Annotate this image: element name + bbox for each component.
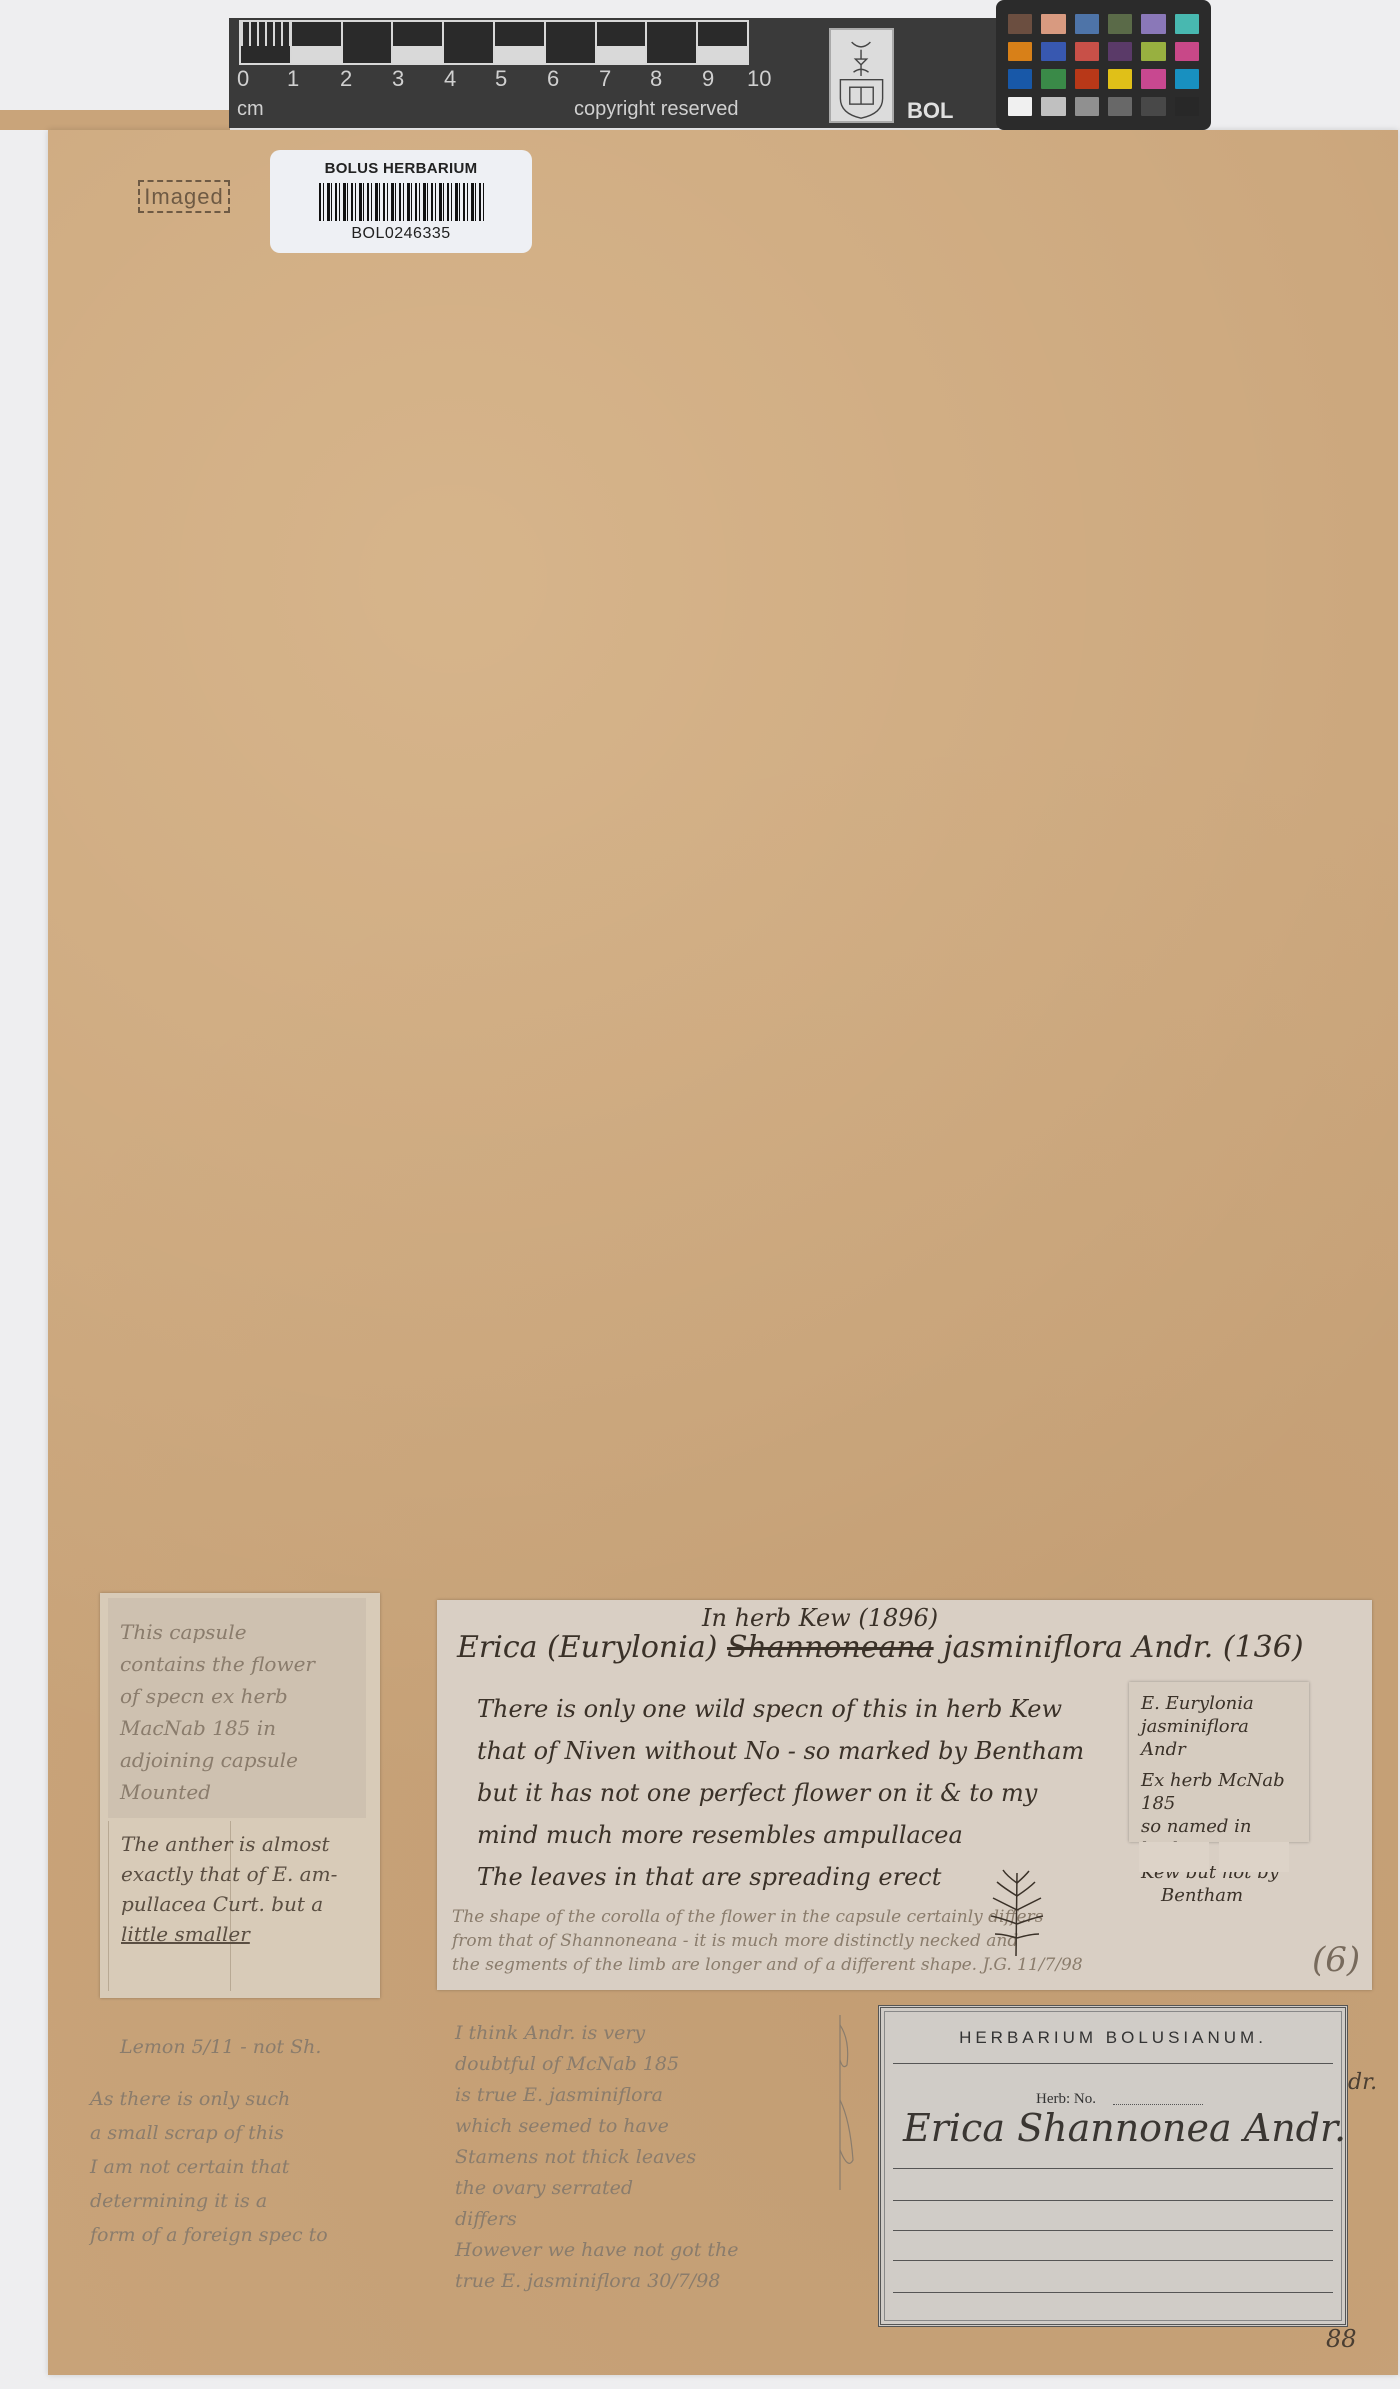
pencil-line: differs	[455, 2204, 835, 2235]
color-calibration-chart	[996, 0, 1211, 130]
ruler-tick-label: 10	[747, 66, 771, 92]
pencil-line: The shape of the corolla of the flower i…	[452, 1905, 1352, 1929]
note-line: There is only one wild specn of this in …	[477, 1688, 1177, 1730]
leaf-sketch-icon	[989, 1868, 1044, 1958]
pencil-line: which seemed to have	[455, 2111, 835, 2142]
label-tab	[1219, 1842, 1289, 1872]
university-crest-icon	[829, 28, 894, 123]
label-rule	[893, 2230, 1333, 2231]
label-rule	[893, 2168, 1333, 2169]
ruler-tick-label: 6	[547, 66, 559, 92]
color-swatch	[1108, 69, 1132, 89]
color-swatch	[1175, 69, 1199, 89]
title-suffix: jasminiflora Andr. (136)	[943, 1630, 1303, 1665]
capsule-line: contains the flower	[120, 1648, 354, 1680]
pencil-line: true E. jasminiflora 30/7/98	[455, 2266, 835, 2297]
label-rule	[893, 2063, 1333, 2064]
label-line: jasminiflora Andr	[1141, 1715, 1297, 1761]
color-swatch	[1175, 14, 1199, 34]
herbarium-label-title: HERBARIUM BOLUSIANUM.	[881, 2028, 1345, 2048]
barcode-title: BOLUS HERBARIUM	[325, 160, 478, 177]
color-swatch	[1108, 97, 1132, 117]
note-line: that of Niven without No - so marked by …	[477, 1730, 1177, 1772]
color-swatch	[1008, 69, 1032, 89]
pencil-line: Stamens not thick leaves	[455, 2142, 835, 2173]
label-line: E. Eurylonia	[1141, 1692, 1297, 1715]
note-body: There is only one wild specn of this in …	[477, 1688, 1177, 1898]
label-rule	[893, 2292, 1333, 2293]
capsule-note-top: This capsule contains the flower of spec…	[108, 1598, 366, 1818]
specimen-id: BOL0246335	[351, 225, 450, 243]
herb-no-field	[1113, 2104, 1203, 2105]
color-swatch	[1008, 97, 1032, 117]
color-swatch	[1008, 14, 1032, 34]
color-swatch	[1075, 69, 1099, 89]
pencil-line: from that of Shannoneana - it is much mo…	[452, 1929, 1352, 1953]
pencil-line: determining it is a	[90, 2184, 470, 2218]
ruler-unit: cm	[237, 98, 264, 121]
color-swatch	[1075, 42, 1099, 62]
title-struck: Shannoneana	[727, 1630, 934, 1665]
color-swatch	[1175, 97, 1199, 117]
pencil-line: I am not certain that	[90, 2150, 470, 2184]
color-swatch	[1041, 42, 1065, 62]
color-swatch	[1041, 69, 1065, 89]
color-swatch	[1108, 14, 1132, 34]
pencil-line: a small scrap of this	[90, 2116, 470, 2150]
circled-number: (6)	[1312, 1940, 1360, 1980]
ruler-tick-label: 3	[392, 66, 404, 92]
kew-annotation: In herb Kew (1896)	[702, 1604, 938, 1632]
color-swatch	[1141, 69, 1165, 89]
capsule-line: pullacea Curt. but a	[121, 1889, 358, 1919]
label-line: Bentham	[1141, 1884, 1297, 1907]
color-swatch	[1041, 97, 1065, 117]
capsule-line: Mounted	[120, 1776, 354, 1808]
color-swatch	[1041, 14, 1065, 34]
ruler-tick-label: 2	[340, 66, 352, 92]
title-prefix: Erica (Eurylonia)	[457, 1630, 717, 1665]
note-pencil-addendum: The shape of the corolla of the flower i…	[452, 1905, 1352, 1977]
note-title: Erica (Eurylonia) Shannoneana jasminiflo…	[457, 1630, 1304, 1665]
pencil-line: the ovary serrated	[455, 2173, 835, 2204]
label-line: Ex herb McNab 185	[1141, 1769, 1297, 1815]
ruler-numbers: 0 1 2 3 4 5 6 7 8 9 10	[237, 66, 777, 92]
capsule-line: MacNab 185 in	[120, 1712, 354, 1744]
ruler-tick-label: 9	[702, 66, 714, 92]
pencil-line: Lemon 5/11 - not Sh.	[90, 2030, 470, 2064]
capsule-note: This capsule contains the flower of spec…	[100, 1593, 380, 1998]
herbarium-label: HERBARIUM BOLUSIANUM. Herb: No. Erica Sh…	[878, 2005, 1348, 2327]
ruler-tick-label: 5	[495, 66, 507, 92]
capsule-line: The anther is almost	[121, 1829, 358, 1859]
scale-ruler: 0 1 2 3 4 5 6 7 8 9 10 cm copyright rese…	[229, 18, 1004, 128]
barcode-icon	[319, 183, 484, 221]
margin-note: dr.	[1348, 2070, 1377, 2095]
sheet-pencil-note-middle: I think Andr. is very doubtful of McNab …	[455, 2018, 835, 2297]
label-rule	[893, 2260, 1333, 2261]
label-rule	[893, 2200, 1333, 2201]
capsule-line: This capsule	[120, 1616, 354, 1648]
pencil-line: However we have not got the	[455, 2235, 835, 2266]
pencil-line: the segments of the limb are longer and …	[452, 1953, 1352, 1977]
pencil-line: doubtful of McNab 185	[455, 2049, 835, 2080]
color-swatch	[1008, 42, 1032, 62]
barcode-label: BOLUS HERBARIUM BOL0246335	[270, 150, 532, 253]
species-name: Erica Shannonea Andr.	[903, 2106, 1346, 2150]
sheet-pencil-note-left: Lemon 5/11 - not Sh. As there is only su…	[90, 2030, 470, 2252]
note-line: mind much more resembles ampullacea	[477, 1814, 1177, 1856]
copyright-text: copyright reserved	[574, 98, 739, 121]
color-swatch	[1141, 97, 1165, 117]
color-swatch	[1141, 14, 1165, 34]
sheet-number: 88	[1326, 2325, 1357, 2353]
color-swatch	[1075, 97, 1099, 117]
capsule-note-bottom: The anther is almost exactly that of E. …	[108, 1821, 370, 1991]
ruler-tick-label: 0	[237, 66, 249, 92]
color-swatch	[1175, 42, 1199, 62]
imaged-stamp: Imaged	[138, 180, 230, 213]
pencil-line: is true E. jasminiflora	[455, 2080, 835, 2111]
capsule-line: of specn ex herb	[120, 1680, 354, 1712]
note-line: but it has not one perfect flower on it …	[477, 1772, 1177, 1814]
capsule-line: exactly that of E. am-	[121, 1859, 358, 1889]
color-swatch	[1141, 42, 1165, 62]
note-line: The leaves in that are spreading erect	[477, 1856, 1177, 1898]
sheet-top-lip	[0, 110, 230, 130]
capsule-line: adjoining capsule	[120, 1744, 354, 1776]
ruler-scale-bar	[239, 20, 749, 65]
small-determination-label: E. Eurylonia jasminiflora Andr Ex herb M…	[1129, 1682, 1309, 1842]
pencil-sketch-icon	[815, 2010, 875, 2200]
institution-mark: BOL	[907, 98, 953, 124]
ruler-tick-label: 8	[650, 66, 662, 92]
capsule-line: little smaller	[121, 1919, 358, 1949]
label-tab	[1139, 1842, 1209, 1872]
determination-note: In herb Kew (1896) Erica (Eurylonia) Sha…	[437, 1600, 1372, 1990]
herbarium-sheet: Imaged BOLUS HERBARIUM BOL0246335 This c…	[48, 130, 1398, 2375]
pencil-line: As there is only such	[90, 2082, 470, 2116]
color-swatch	[1075, 14, 1099, 34]
ruler-tick-label: 7	[599, 66, 611, 92]
color-swatch	[1108, 42, 1132, 62]
pencil-line: form of a foreign spec to	[90, 2218, 470, 2252]
ruler-tick-label: 4	[444, 66, 456, 92]
ruler-tick-label: 1	[287, 66, 299, 92]
pencil-line: I think Andr. is very	[455, 2018, 835, 2049]
